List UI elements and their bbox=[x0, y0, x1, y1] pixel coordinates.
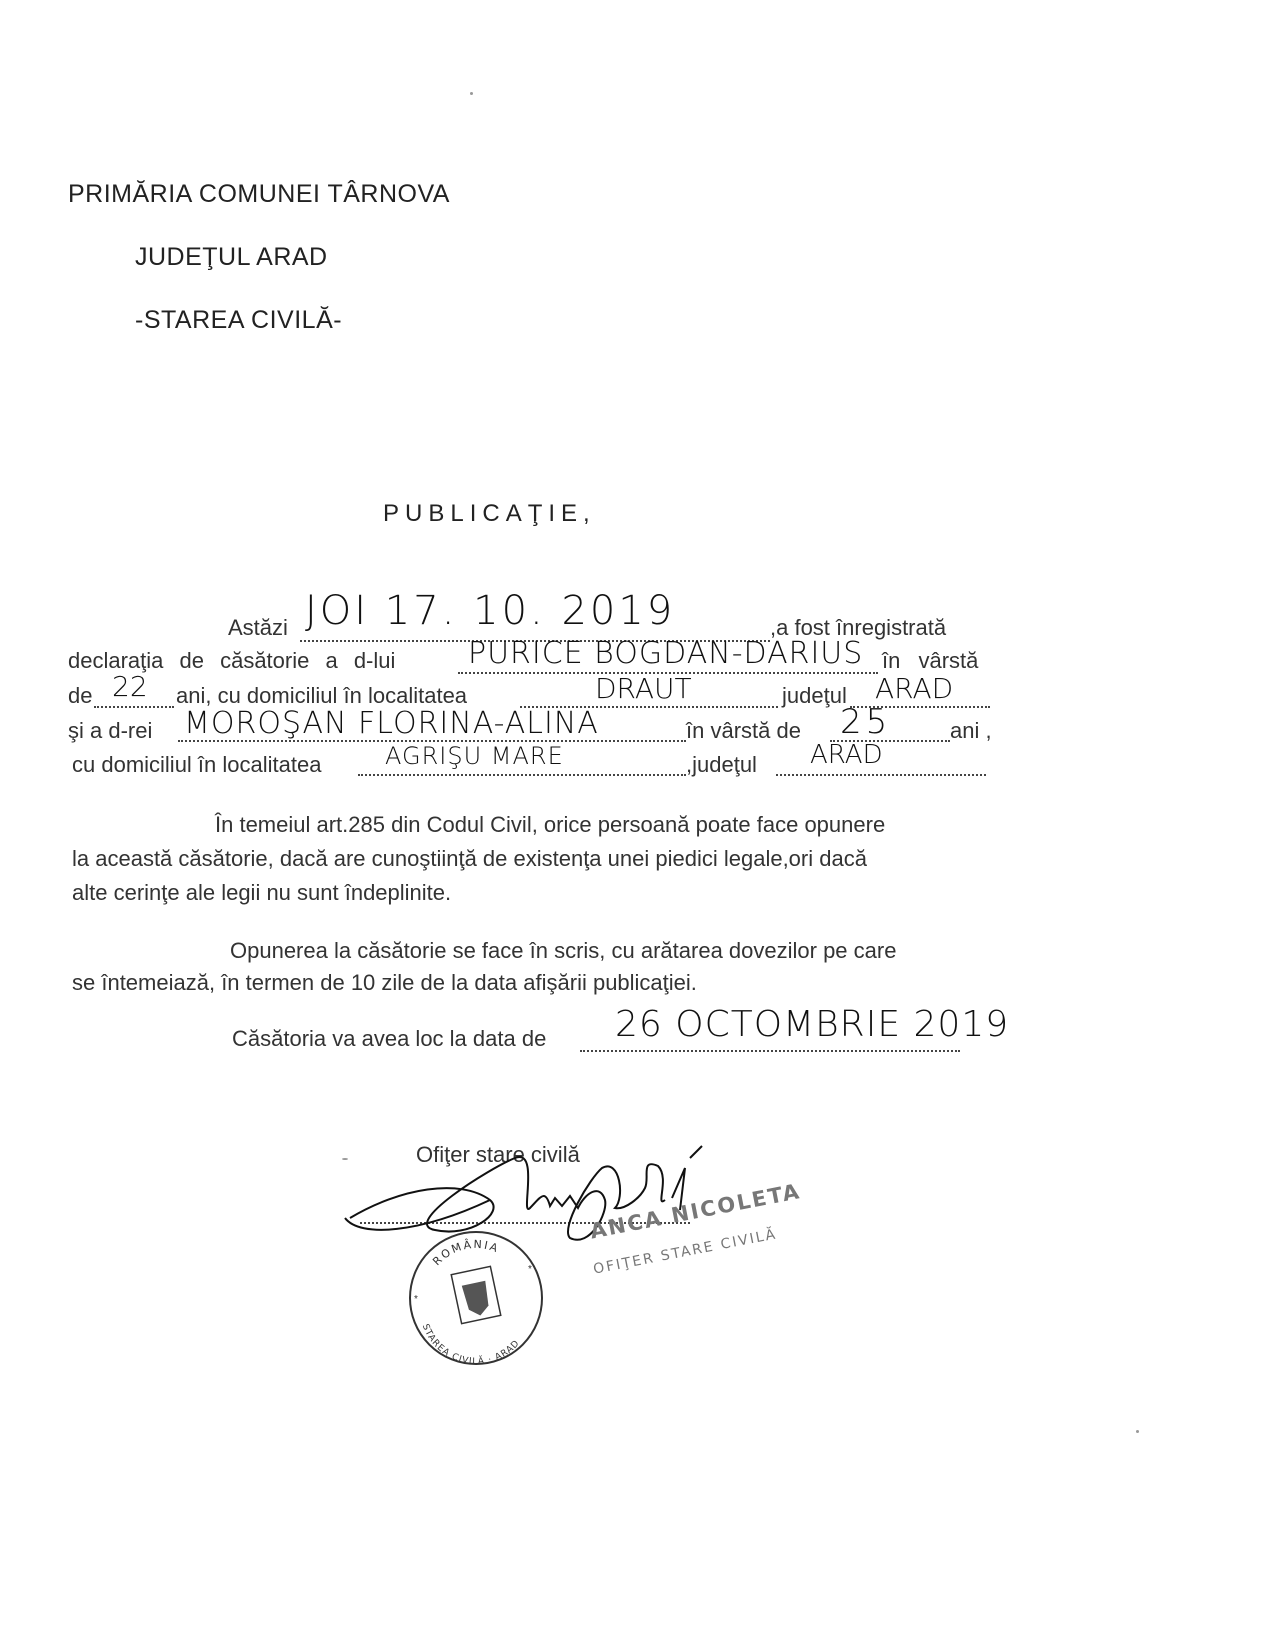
age-label: în vârstă bbox=[882, 648, 978, 674]
legal-text-line2: la această căsătorie, dacă are cunoştiin… bbox=[72, 846, 867, 872]
svg-text:*: * bbox=[528, 1264, 532, 1275]
bride-county-dotted-line bbox=[776, 774, 986, 776]
bride-domicile-label: cu domiciliul în localitatea bbox=[72, 752, 321, 778]
wedding-date-label: Căsătoria va avea loc la data de bbox=[232, 1026, 546, 1052]
svg-text:STAREA CIVILĂ · ARAD: STAREA CIVILĂ · ARAD bbox=[420, 1323, 522, 1367]
department-name: -STAREA CIVILĂ- bbox=[135, 306, 342, 335]
bride-county: ARAD bbox=[810, 740, 883, 770]
legal-text-line1: În temeiul art.285 din Codul Civil, oric… bbox=[215, 812, 885, 838]
svg-text:*: * bbox=[414, 1294, 418, 1305]
document-title: PUBLICAŢIE, bbox=[383, 500, 596, 528]
astazi-label: Astăzi bbox=[228, 615, 288, 641]
de-label: de bbox=[68, 683, 92, 709]
bride-age: 25 bbox=[840, 702, 891, 742]
bride-locality-dotted-line bbox=[358, 774, 686, 776]
wedding-date: 26 OCTOMBRIE 2019 bbox=[615, 1004, 1009, 1045]
wedding-date-dotted-line bbox=[580, 1050, 960, 1052]
scan-speck bbox=[1136, 1430, 1139, 1433]
judet-label: judeţul bbox=[782, 683, 847, 709]
institution-name: PRIMĂRIA COMUNEI TÂRNOVA bbox=[68, 180, 450, 209]
official-seal-icon: ROMÂNIA STAREA CIVILĂ · ARAD * * bbox=[402, 1228, 550, 1368]
bride-name: MOROŞAN FLORINA-ALINA bbox=[184, 706, 599, 741]
opposition-text-line2: se întemeiază, în termen de 10 zile de l… bbox=[72, 970, 697, 996]
scan-speck bbox=[470, 92, 473, 95]
bride-age-label: în vârstă de bbox=[686, 718, 801, 744]
bride-prefix: şi a d-rei bbox=[68, 718, 152, 744]
bride-locality: AGRIŞU MARE bbox=[385, 742, 564, 770]
scan-speck bbox=[342, 1158, 348, 1160]
legal-text-line3: alte cerinţe ale legii nu sunt îndeplini… bbox=[72, 880, 451, 906]
county-name: JUDEŢUL ARAD bbox=[135, 243, 328, 272]
groom-age: 22 bbox=[112, 670, 148, 703]
groom-name: PURICE BOGDAN-DARIUS bbox=[468, 636, 863, 671]
opposition-text-line1: Opunerea la căsătorie se face în scris, … bbox=[230, 938, 896, 964]
groom-locality: DRAUT bbox=[595, 672, 692, 705]
groom-county: ARAD bbox=[875, 672, 953, 705]
handwritten-date: JOI 17. 10. 2019 bbox=[305, 588, 675, 634]
groom-age-dotted-line bbox=[94, 706, 174, 708]
bride-judet-label: ,judeţul bbox=[686, 752, 757, 778]
ani-label: ani , bbox=[950, 718, 992, 744]
